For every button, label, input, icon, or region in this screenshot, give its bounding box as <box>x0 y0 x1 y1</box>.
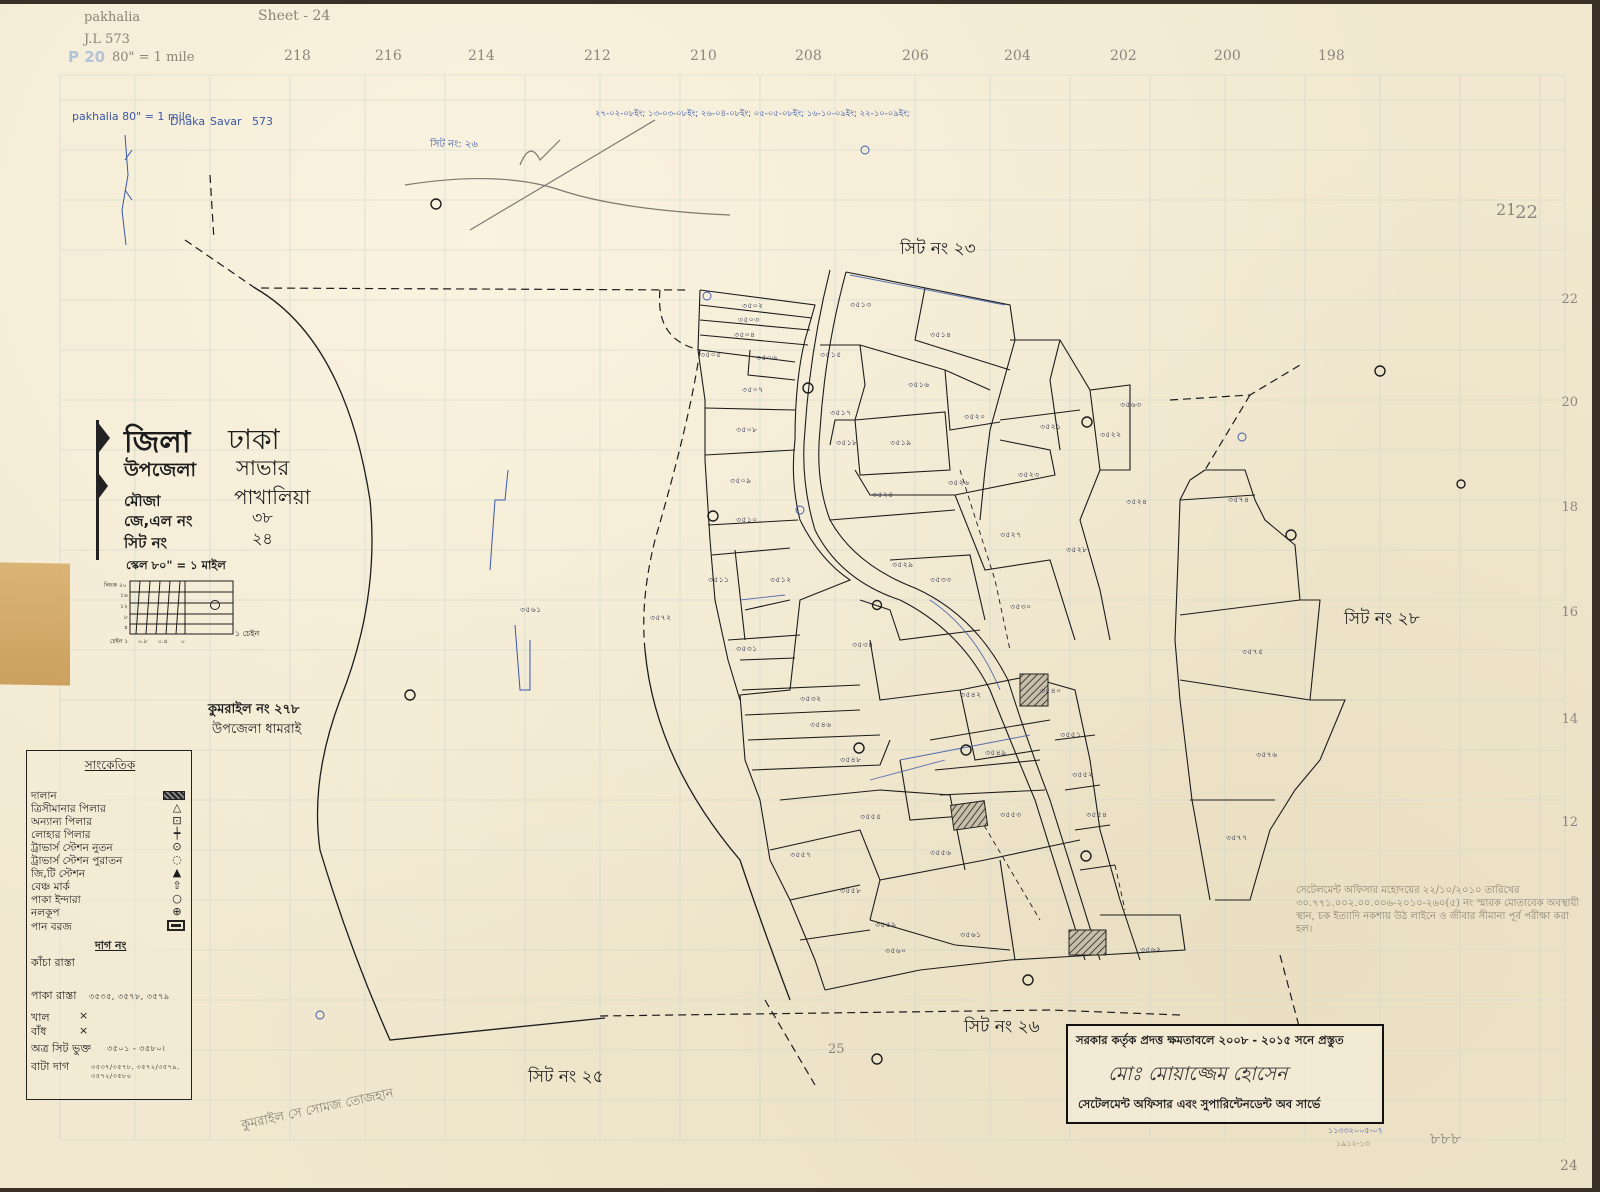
parcel-number: ৩৫৫৩ <box>1000 810 1022 822</box>
dag-canal-value: × <box>79 1009 88 1022</box>
grid-col-label: 208 <box>795 48 822 64</box>
certificate-box: সরকার কর্তৃক প্রদত্ত ক্ষমতাবলে ২০০৮ - ২০… <box>1066 1024 1384 1124</box>
parcel-number: ৩৫৫৯ <box>875 920 896 932</box>
pencil-note-jl: J.L 573 <box>84 32 130 47</box>
parcel-number: ৩৫১১ <box>708 575 729 587</box>
parcel-number: ৩৫০৮ <box>736 425 758 437</box>
parcel-number: ৩৫২৬ <box>948 478 970 490</box>
certificate-line-1: সরকার কর্তৃক প্রদত্ত ক্ষমতাবলে ২০০৮ - ২০… <box>1076 1032 1344 1051</box>
parcel-number: ৩৫৭৬ <box>1256 750 1278 762</box>
sheet-number-value: ২৪ <box>252 526 273 553</box>
grid-col-label: 198 <box>1318 48 1345 64</box>
blue-margin-note <box>148 336 151 347</box>
parcel-number: ৩৫৩৩ <box>930 575 952 587</box>
grid-row-label: 20 <box>1561 395 1578 410</box>
sheet-number-label: সিট নং <box>124 532 167 557</box>
map-scale: স্কেল ৮০" = ১ মাইল <box>126 557 226 576</box>
legend-item-betel-garden: পান বরজ <box>31 920 189 933</box>
pencil-note-mouza: pakhalia <box>84 10 140 25</box>
grid-row-label: 16 <box>1561 605 1578 620</box>
adjacent-sheet-south-east: সিট নং ২৬ <box>964 1014 1040 1042</box>
parcel-number: ৩৫২৮ <box>1066 545 1088 557</box>
grid-col-label: 202 <box>1110 48 1137 64</box>
legend-item-tubewell: নলকূপ ⊕ <box>31 906 189 919</box>
legend-item-tri-junction-pillar: ত্রিসীমানার পিলার △ <box>31 802 189 815</box>
parcel-number: ৩৫২২ <box>1100 430 1122 442</box>
west-boundary <box>255 288 790 1040</box>
grid-row-label: 14 <box>1561 712 1578 727</box>
scan-edge-right <box>1592 0 1600 1192</box>
parcel-number: ৩৫৪৬ <box>810 720 832 732</box>
stamp-p20: P 20 <box>68 48 105 66</box>
title-arrow-icon <box>96 470 108 502</box>
parcel-number: ৩৫১৩ <box>850 300 872 312</box>
grid-col-label: 214 <box>468 48 495 64</box>
scale-bottom-label: চেইন ১ <box>110 636 128 647</box>
parcel-number: ৩৫৫৪ <box>1086 810 1107 822</box>
parcel-number: ৩৫১৮ <box>836 438 857 450</box>
grid-col-label: 210 <box>690 48 717 64</box>
legend-item-building: দালান <box>31 789 189 802</box>
parcel-number: ৩৫০৪ <box>734 330 756 342</box>
grid-note-21: 21 <box>1496 200 1516 219</box>
scale-left-label: ১৬ <box>120 590 128 601</box>
parcel-number: ৩৫৬১ <box>520 605 542 617</box>
parcel-number: ৩৫৩০ <box>1010 602 1032 614</box>
parcel-number: ৩৫৭৭ <box>1226 833 1248 845</box>
filled-rect-icon <box>167 920 185 931</box>
dag-split-value: ৩৫৩৭/৩৫৭৮, ৩৫৭২/৩৫৭৯, ৩৫৭২/৩৫৮০ <box>91 1063 189 1081</box>
scale-right-label: ১ চেইন <box>235 628 259 641</box>
grid-row-label: 22 <box>1515 202 1538 223</box>
scale-diagram <box>110 578 240 648</box>
parcel-number: ৩৫১০ <box>736 515 758 527</box>
legend-item-other-pillar: অন্যান্য পিলার ⊡ <box>31 815 189 828</box>
scale-bottom-label: ০.৮ <box>138 636 148 647</box>
parcel-number: ৩৫৬০ <box>885 946 907 958</box>
parcel-number: ৩৫০৬ <box>756 353 778 365</box>
scale-left-label: ১২ <box>120 601 128 612</box>
parcel-number: ৩৫২৪ <box>1126 497 1148 509</box>
parcel-number: ৩৫০২ <box>742 301 764 313</box>
scale-bottom-label: ০ <box>181 636 185 647</box>
triangle-icon: △ <box>169 802 185 814</box>
dag-embankment-value: × <box>79 1024 88 1037</box>
legend-item-pucca-well: পাকা ইন্দারা ○ <box>31 893 189 906</box>
survey-dates: ২৭-০২-০৮ইং; ১৩-০৩-০৮ইং; ২৬-০৪-০৮ইং; ০৫-০… <box>595 107 910 121</box>
parcel-number: ৩৫১৬ <box>908 380 930 392</box>
dag-kacha-road-label: কাঁচা রাস্তা <box>31 954 75 973</box>
pencil-note-scale: 80" = 1 mile <box>112 50 194 65</box>
parcel-number: ৩৫৫৮ <box>840 886 861 898</box>
grid-col-label: 212 <box>584 48 611 64</box>
parcel-number: ৩৫৭৪ <box>1228 495 1250 507</box>
parcel-boundaries <box>698 270 1345 990</box>
dag-this-sheet-label: অত্র সিট ভুক্ত <box>31 1040 91 1059</box>
parcel-number: ৩৫৭২ <box>650 613 672 625</box>
parcel-number: ৩৫৪২ <box>960 690 982 702</box>
scale-left-label: ৪ <box>124 622 128 633</box>
upazila-label: উপজেলা <box>124 456 196 488</box>
map-sheet: pakhalia J.L 573 80" = 1 mile P 20 Sheet… <box>0 0 1600 1192</box>
building-icon <box>163 791 185 800</box>
grid-row-label: 18 <box>1561 500 1578 515</box>
parcel-number: ৩৫৩৪ <box>852 640 874 652</box>
parcel-number: ৩৫৫৭ <box>790 850 812 862</box>
parcel-number: ৩৫৩১ <box>736 644 758 656</box>
parcel-number: ৩৫১৭ <box>830 408 852 420</box>
parcel-number: ৩৫১২ <box>770 575 792 587</box>
upazila-value: সাভার <box>236 452 289 487</box>
legend-item-gt-station: জি,টি স্টেশন ▲ <box>31 867 189 880</box>
legend-item-traverse-old: ট্রাভার্স স্টেশন পুরাতন ◌ <box>31 854 189 867</box>
form-jl: 573 <box>252 115 273 128</box>
neighbor-mouza: কুমরাইল নং ২৭৮ <box>208 700 299 721</box>
dag-number-header: দাগ নং <box>95 937 126 956</box>
scan-edge-top <box>0 0 1600 4</box>
form-district: Dhaka <box>170 115 205 128</box>
thick-circle-icon: ○ <box>169 893 185 905</box>
grid-row-label: 12 <box>1561 815 1578 830</box>
grid-note-25: 25 <box>828 1042 845 1057</box>
parcel-number: ৩৫০৫ <box>700 350 722 362</box>
grid-col-label: 204 <box>1004 48 1031 64</box>
blue-annotation-lines <box>740 275 1030 780</box>
parcel-number: ৩৫৫৬ <box>930 848 952 860</box>
parcel-number: ৩৫০৭ <box>742 385 764 397</box>
parcel-number: ৩৫১৫ <box>820 350 841 362</box>
parcel-number: ৩৫৪৮ <box>840 755 861 767</box>
parcel-number: ৩৫২১ <box>1040 422 1062 434</box>
circle-cross-icon: ⊕ <box>169 906 185 918</box>
form-sheet-no: সিট নং: ২৬ <box>430 137 478 154</box>
parcel-number: ৩৫৫৫ <box>860 812 881 824</box>
grid-row-label: 22 <box>1561 292 1578 307</box>
dag-this-sheet-value: ৩৫০১ - ৩৫৮০। <box>107 1043 165 1056</box>
filled-triangle-icon: ▲ <box>169 867 185 879</box>
parcel-number: ৩৫২৯ <box>892 560 914 572</box>
dag-pucca-road-value: ৩৫৩৫, ৩৫৭৮, ৩৫৭৯ <box>89 991 170 1004</box>
parcel-number: ৩৫৫১ <box>1060 730 1081 742</box>
bottom-code: ১৯১২-১৩ <box>1336 1138 1370 1151</box>
parcel-number: ৩৫৪০ <box>1040 686 1062 698</box>
certificate-signature: মোঃ মোয়াজ্জেম হোসেন <box>1108 1060 1287 1092</box>
grid-col-label: 206 <box>902 48 929 64</box>
benchmark-icon: ⇧ <box>169 880 185 892</box>
parcel-number: ৩৫২০ <box>964 412 986 424</box>
dag-split-label: বাটা দাগ <box>31 1058 69 1077</box>
legend-item-traverse-new: ট্রাভার্স স্টেশন নুতন ⊙ <box>31 841 189 854</box>
title-arrow-icon <box>96 420 110 456</box>
corner-page-number: 24 <box>1560 1158 1578 1174</box>
adjacent-sheet-east: সিট নং ২৮ <box>1344 606 1420 634</box>
parcel-number: ৩৫৩২ <box>800 694 822 706</box>
bottom-code: ১১৩৩২০০৫-০৭ <box>1328 1125 1383 1138</box>
scale-bottom-label: ০.৪ <box>158 636 168 647</box>
parcel-number: ৩৫০৯ <box>730 476 752 488</box>
dashed-circle-icon: ◌ <box>169 854 185 866</box>
iron-pillar-icon: ┿ <box>169 828 185 840</box>
adjacent-sheet-north: সিট নং ২৩ <box>900 236 976 264</box>
parcel-number: ৩৫৬২ <box>1140 945 1162 957</box>
buildings <box>950 674 1106 955</box>
survey-grid <box>60 75 1565 1140</box>
parcel-number: ৩৫৪৯ <box>985 748 1006 760</box>
circle-dot-icon: ⊙ <box>169 841 185 853</box>
parcel-number: ৩৫২৫ <box>872 490 894 502</box>
cadastral-map-drawing <box>0 0 1600 1192</box>
parcel-number: ৩৫০৩ <box>738 315 760 327</box>
settlement-officer-note: সেটেলমেন্ট অফিসার মহোদয়ের ২২/১০/২০১০ তা… <box>1296 884 1586 936</box>
parcel-number: ৩৫২৩ <box>1018 470 1040 482</box>
tape-strip <box>0 562 70 685</box>
parcel-number: ৩৫৭৫ <box>1242 647 1264 659</box>
grid-col-label: 218 <box>284 48 311 64</box>
form-thana: Savar <box>210 115 242 128</box>
parcel-number: ৩৫১৯ <box>890 438 911 450</box>
legend-item-bench-mark: বেঞ্চ মার্ক ⇧ <box>31 880 189 893</box>
pencil-sheet-number: Sheet - 24 <box>258 8 330 24</box>
bottom-circle-number: ৮৮৮ <box>1430 1126 1461 1153</box>
legend-box: সাংকেতিক দালান ত্রিসীমানার পিলার △ অন্যা… <box>26 750 192 1100</box>
grid-col-label: 216 <box>375 48 402 64</box>
parcel-number: ৩৫৬১ <box>960 930 982 942</box>
certificate-line-3: সেটেলমেন্ট অফিসার এবং সুপারিন্টেনডেন্ট অ… <box>1078 1096 1320 1115</box>
legend-item-iron-pillar: লোহার পিলার ┿ <box>31 828 189 841</box>
square-dot-icon: ⊡ <box>169 815 185 827</box>
adjacent-sheet-south-west: সিট নং ২৫ <box>528 1064 604 1092</box>
grid-col-label: 200 <box>1214 48 1241 64</box>
scan-edge-bottom <box>0 1188 1600 1192</box>
neighbor-upazila: উপজেলা ধামরাই <box>212 720 301 741</box>
parcel-number: ৩৫২৭ <box>1000 530 1022 542</box>
parcel-number: ৩৫১৪ <box>930 330 951 342</box>
parcel-number: ৩৫৬৩ <box>1120 400 1142 412</box>
dag-pucca-road-label: পাকা রাস্তা <box>31 987 76 1006</box>
parcel-number: ৩৫৫২ <box>1072 770 1094 782</box>
legend-title: সাংকেতিক <box>27 757 193 777</box>
